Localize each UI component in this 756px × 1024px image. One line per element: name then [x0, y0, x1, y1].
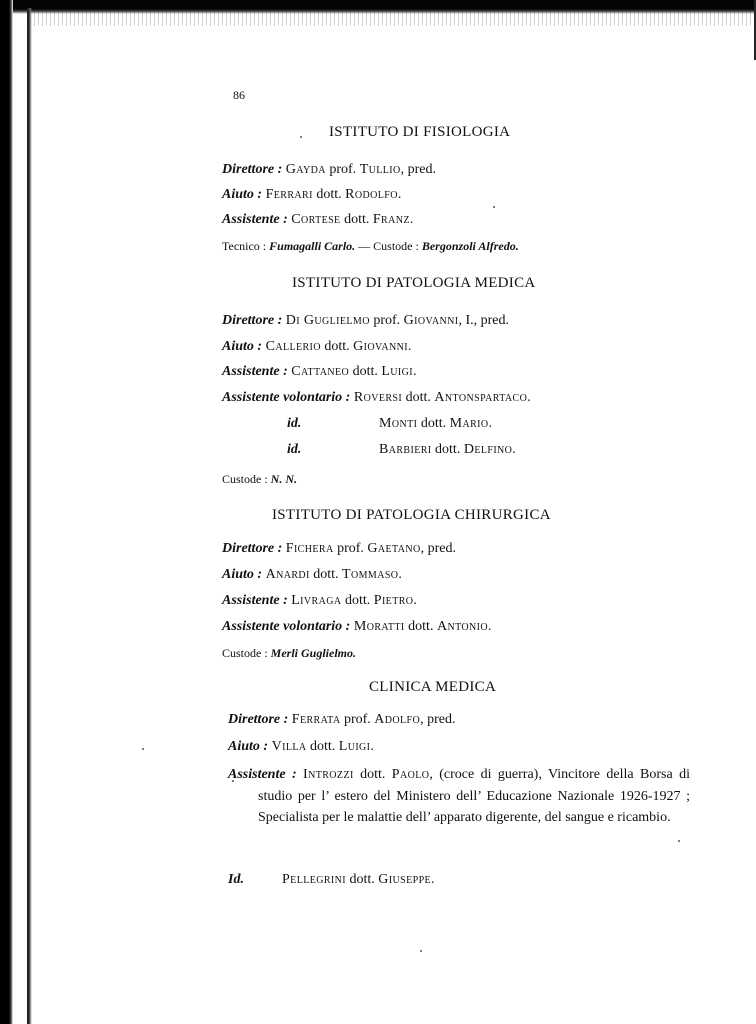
- surname: Ferrata: [292, 712, 341, 727]
- given-name: Giovanni: [353, 339, 408, 354]
- role-label: Assistente volontario :: [222, 619, 350, 634]
- entry-id-role: id.: [287, 416, 301, 432]
- surname: Roversi: [354, 390, 402, 405]
- title: dott.: [360, 767, 385, 782]
- role-label: Direttore :: [222, 162, 282, 177]
- entry-aiuto: Aiuto : Callerio dott. Giovanni.: [222, 339, 411, 355]
- scan-speck: [678, 840, 680, 842]
- role-label: Assistente :: [228, 767, 297, 782]
- given-name: Mario: [450, 416, 489, 431]
- surname: Gayda: [286, 162, 326, 177]
- title: dott.: [421, 416, 446, 431]
- section-heading-fisiologia: ISTITUTO DI FISIOLOGIA: [0, 124, 756, 141]
- given-name: Giuseppe: [378, 872, 431, 887]
- title: dott.: [310, 739, 335, 754]
- role-label: id.: [287, 416, 301, 431]
- scan-speck: [493, 206, 495, 208]
- entry-direttore: Direttore : Fichera prof. Gaetano, pred.: [222, 541, 456, 557]
- title: dott.: [344, 212, 369, 227]
- given-name: Luigi: [381, 364, 413, 379]
- suffix: .: [408, 339, 412, 354]
- entry-assistente: Assistente : Cortese dott. Franz.: [222, 212, 413, 228]
- title: dott.: [324, 339, 349, 354]
- title: dott.: [350, 872, 375, 887]
- entry-tecnico-custode: Tecnico : Fumagalli Carlo. — Custode : B…: [222, 239, 519, 254]
- surname: Anardi: [266, 567, 310, 582]
- suffix: .: [413, 593, 417, 608]
- entry-id-name: Monti dott. Mario.: [379, 416, 492, 432]
- suffix: , I., pred.: [458, 313, 509, 328]
- suffix: .: [431, 872, 435, 887]
- custode-name: Bergonzoli Alfredo.: [422, 239, 519, 253]
- title: prof.: [373, 313, 400, 328]
- title: dott.: [353, 364, 378, 379]
- given-name: Giovanni: [404, 313, 459, 328]
- role-label: Id.: [228, 872, 244, 887]
- custode-name: N. N.: [271, 472, 297, 486]
- custode-label: Custode :: [222, 472, 268, 486]
- entry-custode: Custode : Merli Guglielmo.: [222, 646, 356, 661]
- suffix: .: [527, 390, 531, 405]
- custode-label: Custode :: [222, 646, 268, 660]
- suffix: .: [489, 416, 493, 431]
- document-page: 86 ISTITUTO DI FISIOLOGIA Direttore : Ga…: [0, 0, 756, 1024]
- custode-label: Custode :: [373, 239, 419, 253]
- surname: Ferrari: [266, 187, 313, 202]
- title: dott.: [316, 187, 341, 202]
- given-name: Pietro: [374, 593, 414, 608]
- surname: Cattaneo: [291, 364, 349, 379]
- suffix: .: [413, 364, 417, 379]
- role-label: Aiuto :: [222, 567, 262, 582]
- role-label: Aiuto :: [222, 339, 262, 354]
- given-name: Franz: [373, 212, 410, 227]
- tecnico-label: Tecnico :: [222, 239, 266, 253]
- entry-assistente-volontario: Assistente volontario : Moratti dott. An…: [222, 619, 492, 635]
- surname: Introzzi: [303, 767, 354, 782]
- entry-id-name: Barbieri dott. Delfino.: [379, 442, 516, 458]
- entry-id-name: Pellegrini dott. Giuseppe.: [282, 872, 435, 888]
- surname: Moratti: [354, 619, 405, 634]
- scan-speck: [300, 136, 302, 138]
- given-name: Tommaso: [342, 567, 398, 582]
- given-name: Luigi: [339, 739, 371, 754]
- given-name: Rodolfo: [345, 187, 398, 202]
- title: prof.: [344, 712, 371, 727]
- custode-name: Merli Guglielmo.: [271, 646, 356, 660]
- surname: Monti: [379, 416, 417, 431]
- scan-speck: [420, 950, 422, 952]
- suffix: , pred.: [420, 712, 455, 727]
- title: dott.: [406, 390, 431, 405]
- given-name: Antonspartaco: [434, 390, 527, 405]
- role-label: Assistente :: [222, 212, 288, 227]
- given-name: Antonio: [437, 619, 488, 634]
- role-label: Direttore :: [222, 313, 282, 328]
- suffix: .: [398, 187, 402, 202]
- given-name: Adolfo: [374, 712, 420, 727]
- suffix: .: [370, 739, 374, 754]
- surname: Pellegrini: [282, 872, 346, 887]
- role-label: Aiuto :: [222, 187, 262, 202]
- entry-assistente: Assistente : Cattaneo dott. Luigi.: [222, 364, 417, 380]
- separator: —: [358, 239, 370, 253]
- title: dott.: [345, 593, 370, 608]
- given-name: Gaetano: [367, 541, 420, 556]
- tecnico-name: Fumagalli Carlo.: [269, 239, 355, 253]
- entry-aiuto: Aiuto : Ferrari dott. Rodolfo.: [222, 187, 401, 203]
- page-number: 86: [233, 88, 245, 103]
- role-label: Aiuto :: [228, 739, 268, 754]
- suffix: .: [398, 567, 402, 582]
- suffix: , pred.: [421, 541, 456, 556]
- given-name: Paolo: [392, 767, 430, 782]
- entry-assistente-volontario: Assistente volontario : Roversi dott. An…: [222, 390, 531, 406]
- entry-assistente: Assistente : Livraga dott. Pietro.: [222, 593, 417, 609]
- given-name: Delfino: [464, 442, 512, 457]
- title: dott.: [435, 442, 460, 457]
- entry-direttore: Direttore : Ferrata prof. Adolfo, pred.: [228, 712, 456, 728]
- scan-speck: [142, 748, 144, 750]
- scan-speck: [232, 780, 234, 782]
- surname: Fichera: [286, 541, 334, 556]
- entry-aiuto: Aiuto : Anardi dott. Tommaso.: [222, 567, 402, 583]
- suffix: .: [488, 619, 492, 634]
- role-label: Assistente :: [222, 593, 288, 608]
- title: dott.: [313, 567, 338, 582]
- surname: Cortese: [291, 212, 340, 227]
- entry-assistente-paragraph: Assistente : Introzzi dott. Paolo, (croc…: [228, 764, 690, 829]
- entry-direttore: Direttore : Gayda prof. Tullio, pred.: [222, 162, 436, 178]
- section-heading-patologia-chirurgica: ISTITUTO DI PATOLOGIA CHIRURGICA: [0, 507, 756, 524]
- surname: Di Guglielmo: [286, 313, 370, 328]
- section-heading-patologia-medica: ISTITUTO DI PATOLOGIA MEDICA: [0, 275, 756, 292]
- surname: Villa: [272, 739, 307, 754]
- suffix: .: [410, 212, 414, 227]
- entry-id-role: id.: [287, 442, 301, 458]
- entry-direttore: Direttore : Di Guglielmo prof. Giovanni,…: [222, 313, 509, 329]
- role-label: Direttore :: [222, 541, 282, 556]
- role-label: Direttore :: [228, 712, 288, 727]
- title: dott.: [408, 619, 433, 634]
- role-label: id.: [287, 442, 301, 457]
- section-heading-clinica-medica: CLINICA MEDICA: [0, 679, 756, 696]
- title: prof.: [329, 162, 356, 177]
- given-name: Tullio: [360, 162, 401, 177]
- entry-custode: Custode : N. N.: [222, 472, 297, 487]
- surname: Barbieri: [379, 442, 432, 457]
- surname: Livraga: [291, 593, 341, 608]
- surname: Callerio: [266, 339, 321, 354]
- title: prof.: [337, 541, 364, 556]
- entry-aiuto: Aiuto : Villa dott. Luigi.: [228, 739, 374, 755]
- entry-id-role: Id.: [228, 872, 244, 888]
- role-label: Assistente volontario :: [222, 390, 350, 405]
- role-label: Assistente :: [222, 364, 288, 379]
- suffix: , pred.: [401, 162, 436, 177]
- suffix: .: [512, 442, 516, 457]
